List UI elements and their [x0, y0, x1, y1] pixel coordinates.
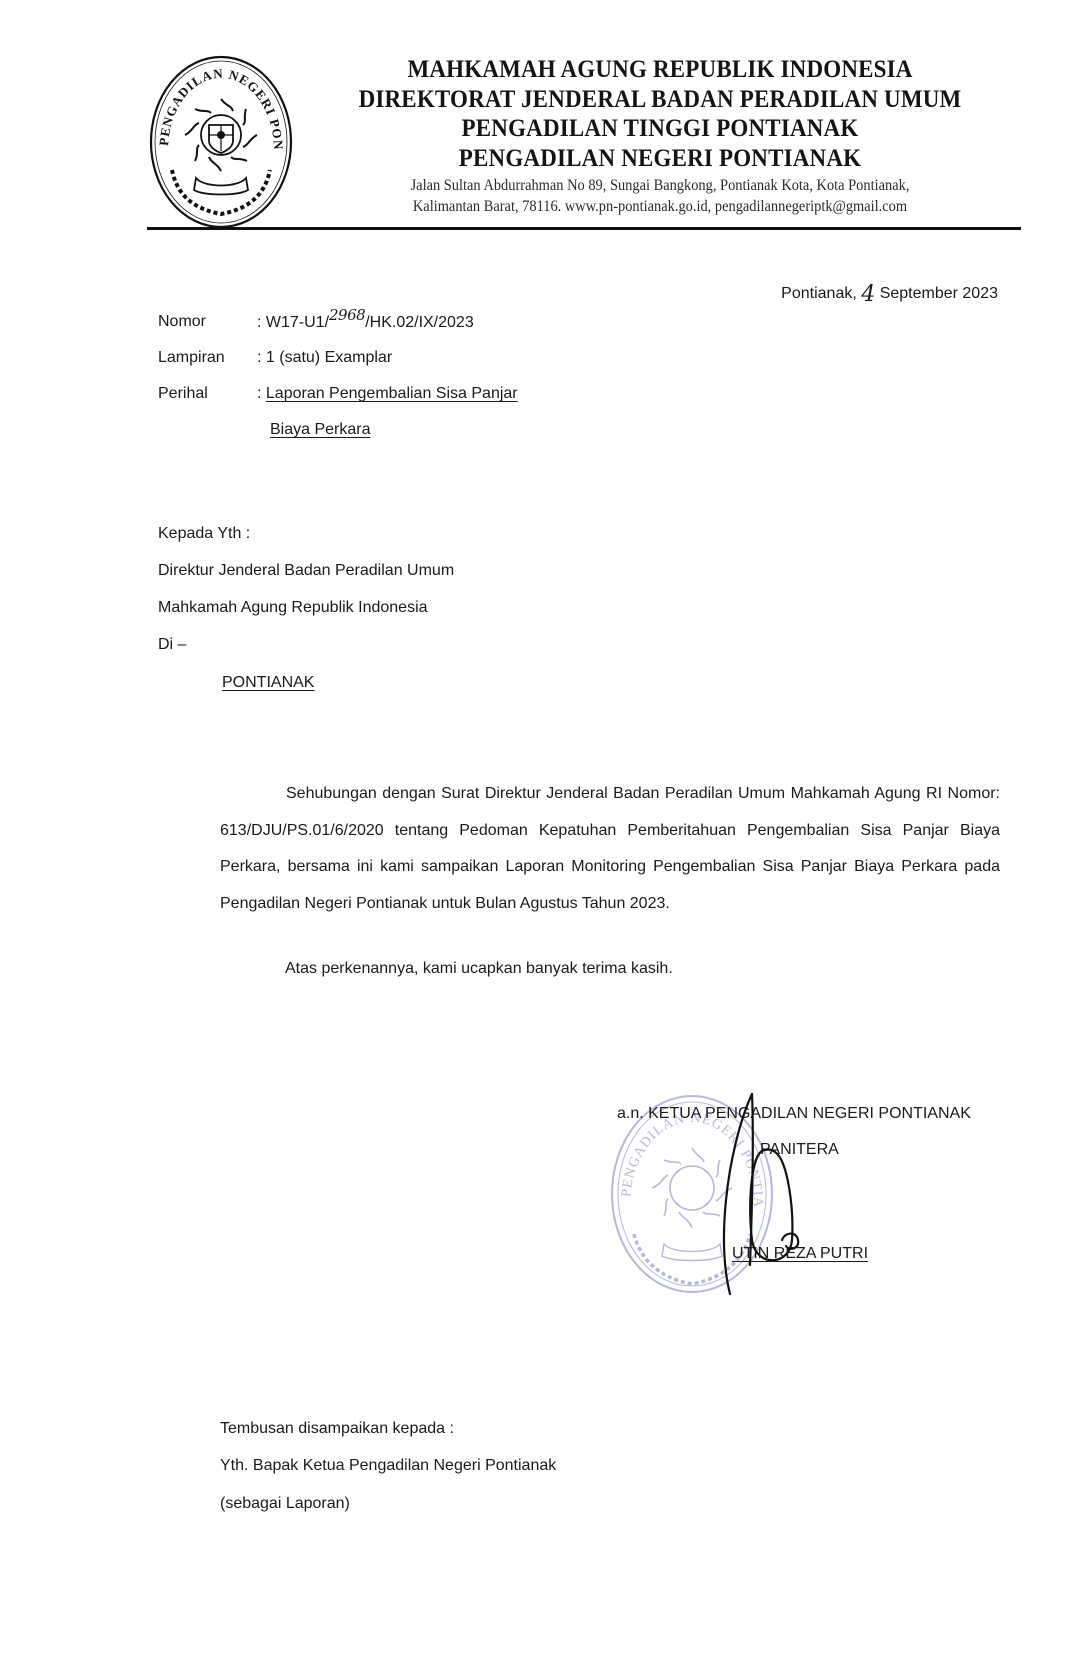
nomor-value: : W17-U1/2968/HK.02/IX/2023 — [257, 313, 474, 332]
lampiran-value: : 1 (satu) Examplar — [257, 349, 392, 367]
closing-line: Atas perkenannya, kami ucapkan banyak te… — [285, 960, 673, 978]
recipient-line1: Direktur Jenderal Badan Peradilan Umum — [158, 562, 454, 580]
date-place: Pontianak, — [781, 285, 857, 302]
letter-date: Pontianak, 4 September 2023 — [781, 279, 998, 304]
date-month-year: September 2023 — [880, 285, 998, 302]
perihal-value: : Laporan Pengembalian Sisa Panjar — [257, 385, 518, 403]
signatory-name: UTIN REZA PUTRI — [732, 1245, 868, 1263]
lampiran-label: Lampiran — [158, 349, 225, 367]
perihal-line1: Laporan Pengembalian Sisa Panjar — [266, 385, 518, 402]
letterhead-line-directorate: DIREKTORAT JENDERAL BADAN PERADILAN UMUM — [329, 86, 991, 114]
nomor-label: Nomor — [158, 313, 206, 331]
recipient-line3: Di – — [158, 636, 186, 654]
court-seal-logo-icon: PENGADILAN NEGERI PONTIANAK — [148, 50, 294, 228]
handwritten-signature-icon — [690, 1090, 820, 1300]
perihal-label: Perihal — [158, 385, 208, 403]
nomor-prefix: : W17-U1/ — [257, 314, 329, 331]
recipient-greeting: Kepada Yth : — [158, 525, 250, 543]
copy-recipient: Yth. Bapak Ketua Pengadilan Negeri Ponti… — [220, 1457, 556, 1475]
recipient-line2: Mahkamah Agung Republik Indonesia — [158, 599, 428, 617]
letterhead-line-supreme-court: MAHKAMAH AGUNG REPUBLIK INDONESIA — [329, 56, 991, 84]
letterhead-line-high-court: PENGADILAN TINGGI PONTIANAK — [329, 115, 991, 143]
perihal-colon: : — [257, 385, 266, 402]
letterhead-divider — [147, 227, 1021, 230]
recipient-city: PONTIANAK — [222, 674, 314, 692]
nomor-handwritten: 2968 — [329, 306, 365, 324]
body-paragraph: Sehubungan dengan Surat Direktur Jendera… — [220, 776, 1000, 922]
copy-note: (sebagai Laporan) — [220, 1495, 350, 1513]
perihal-line2: Biaya Perkara — [270, 421, 371, 439]
letterhead-address: Jalan Sultan Abdurrahman No 89, Sungai B… — [325, 177, 995, 195]
copy-heading: Tembusan disampaikan kepada : — [220, 1420, 454, 1438]
letterhead-contact: Kalimantan Barat, 78116. www.pn-pontiana… — [325, 198, 995, 216]
letterhead-line-district-court: PENGADILAN NEGERI PONTIANAK — [329, 145, 991, 173]
date-day-handwritten: 4 — [861, 282, 875, 307]
nomor-suffix: /HK.02/IX/2023 — [365, 314, 474, 331]
